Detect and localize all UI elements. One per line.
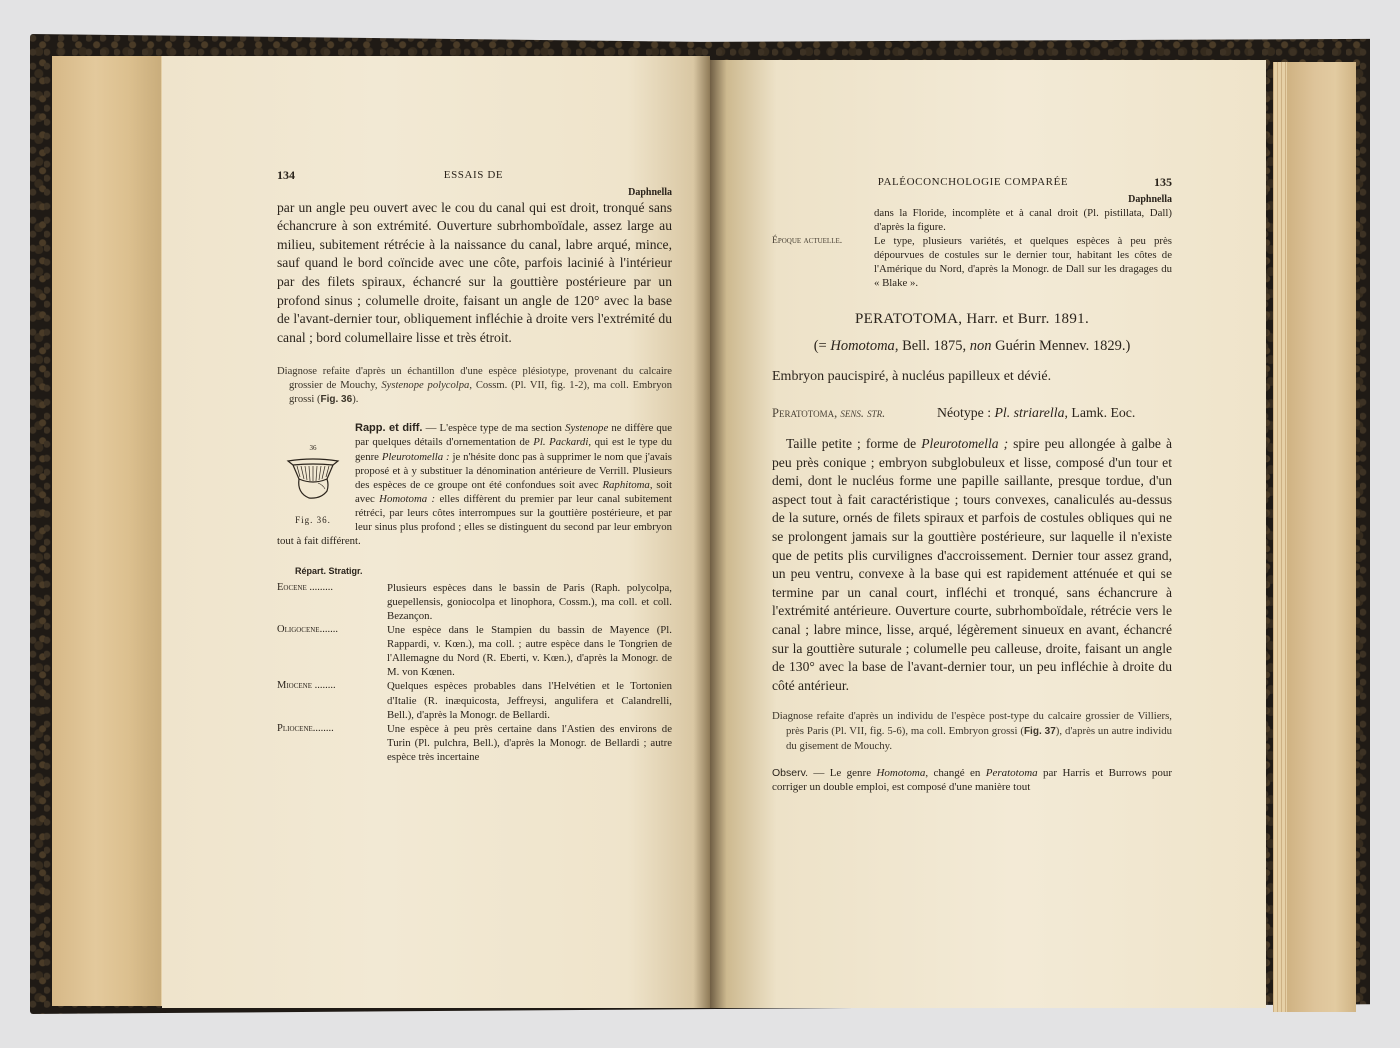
page-number: 135 — [1154, 173, 1172, 192]
running-head-title: PALÉOCONCHOLOGIE COMPARÉE — [792, 173, 1154, 192]
right-page-block-edges — [1286, 62, 1356, 1012]
rapp-et-diff-section: 36 Fig. 36. — [277, 421, 672, 548]
neotype-line: Peratotoma, sens. str. Néotype : Pl. str… — [772, 404, 1172, 423]
description-paragraph: Taille petite ; forme de Pleurotomella ;… — [772, 435, 1172, 695]
shell-embryo-illustration-icon — [285, 455, 341, 501]
section-title-peratotoma: PERATOTOMA, Harr. et Burr. 1891. — [772, 310, 1172, 329]
embryon-line: Embryon paucispiré, à nucléus papilleux … — [772, 368, 1172, 387]
running-head-title: ESSAIS DE — [295, 166, 652, 185]
stratigraphy-table: Eocene ......... Plusieurs espèces dans … — [277, 581, 672, 764]
genus-label: Daphnella — [277, 187, 672, 199]
continuation-text: dans la Floride, incomplète et à canal d… — [772, 206, 1172, 234]
strat-row-miocene: Miocene ........ Quelques espèces probab… — [277, 679, 672, 721]
open-book: 134 ESSAIS DE Daphnella par un angle peu… — [30, 34, 1370, 1014]
genus-label: Daphnella — [772, 194, 1172, 206]
page-number: 134 — [277, 166, 295, 185]
strat-row-pliocene: Pliocene........ Une espèce à peu près c… — [277, 722, 672, 764]
stratigraphy-title: Répart. Stratigr. — [295, 562, 672, 581]
figure-caption: Fig. 36. — [277, 513, 349, 527]
right-running-head: PALÉOCONCHOLOGIE COMPARÉE 135 — [772, 173, 1172, 192]
rapp-heading: Rapp. et diff. — [355, 422, 422, 434]
section-synonym: (= Homotoma, Bell. 1875, non Guérin Menn… — [772, 337, 1172, 356]
body-paragraph: par un angle peu ouvert avec le cou du c… — [277, 199, 672, 348]
left-running-head: 134 ESSAIS DE — [277, 166, 672, 185]
epoque-actuelle-row: Époque actuelle. Le type, plusieurs vari… — [772, 234, 1172, 290]
observation-note: Observ. — Le genre Homotoma, changé en P… — [772, 766, 1172, 795]
right-page: PALÉOCONCHOLOGIE COMPARÉE 135 Daphnella … — [710, 60, 1266, 1008]
strat-row-eocene: Eocene ......... Plusieurs espèces dans … — [277, 581, 672, 623]
left-page-block-edges — [52, 56, 162, 1006]
diagnose-note: Diagnose refaite d'après un individu de … — [772, 709, 1172, 753]
strat-row-oligocene: Oligocene....... Une espèce dans le Stam… — [277, 623, 672, 679]
figure-36: 36 Fig. 36. — [277, 441, 349, 527]
right-page-content: PALÉOCONCHOLOGIE COMPARÉE 135 Daphnella … — [772, 173, 1172, 794]
left-page: 134 ESSAIS DE Daphnella par un angle peu… — [162, 56, 710, 1008]
left-page-content: 134 ESSAIS DE Daphnella par un angle peu… — [277, 166, 672, 764]
diagnose-note: Diagnose refaite d'après un échantillon … — [277, 365, 672, 407]
figure-number: 36 — [277, 441, 349, 455]
